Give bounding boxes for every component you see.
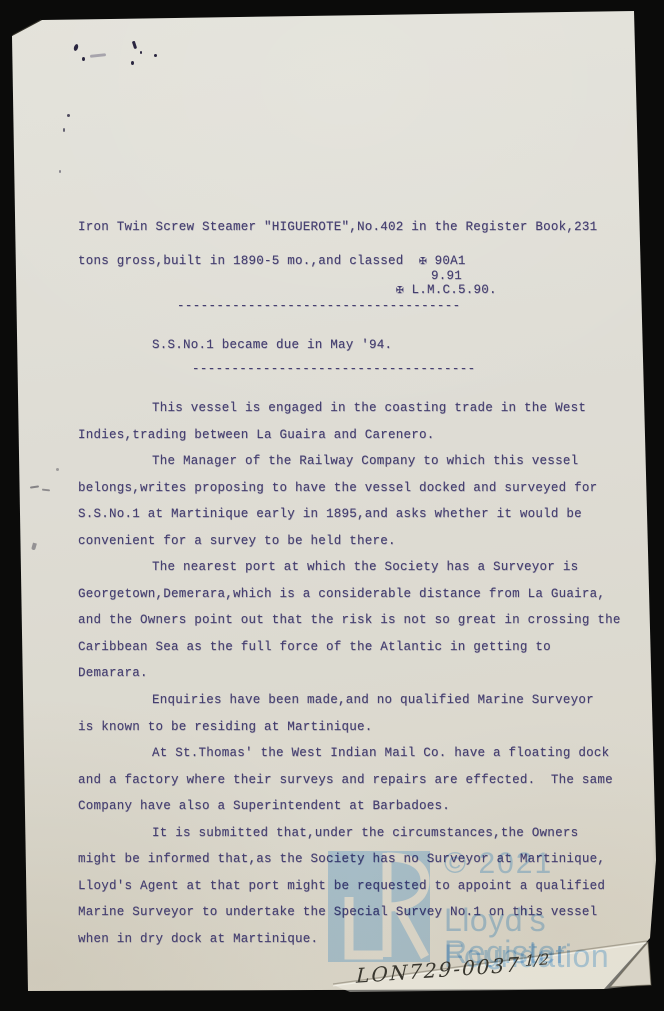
typed-line: The Manager of the Railway Company to wh… <box>78 448 621 475</box>
typed-heading-line-2: tons gross,built in 1890-5 mo.,and class… <box>78 255 466 268</box>
ink-speck <box>63 128 65 132</box>
typed-line: Enquiries have been made,and no qualifie… <box>78 687 621 714</box>
copyright-watermark: © 2021 <box>444 849 553 879</box>
typed-line: At St.Thomas' the West Indian Mail Co. h… <box>78 740 621 767</box>
typed-line: and a factory where their surveys and re… <box>78 767 621 794</box>
ink-speck <box>59 170 61 173</box>
typed-line: is known to be residing at Martinique. <box>78 714 621 741</box>
typed-line: and the Owners point out that the risk i… <box>78 607 621 634</box>
scanner-background: Iron Twin Screw Steamer "HIGUEROTE",No.4… <box>0 0 664 1011</box>
typed-line: It is submitted that,under the circumsta… <box>78 820 621 847</box>
typed-line: Demarara. <box>78 660 621 687</box>
typed-line: The nearest port at which the Society ha… <box>78 554 621 581</box>
typed-line: Company have also a Superintendent at Ba… <box>78 793 621 820</box>
divider-dashes-1: ------------------------------------ <box>177 300 461 313</box>
classification-lmc-mark: ✠ L.M.C.5.90. <box>396 284 497 297</box>
survey-due-note: S.S.No.1 became due in May '94. <box>152 339 392 352</box>
archive-reference-fraction: 1/2 <box>525 950 550 970</box>
ink-speck <box>154 54 157 57</box>
ink-speck <box>82 57 85 61</box>
typed-line: Georgetown,Demerara,which is a considera… <box>78 581 621 608</box>
ink-speck <box>140 51 142 54</box>
typed-line: belongs,writes proposing to have the ves… <box>78 475 621 502</box>
typed-heading-line-1: Iron Twin Screw Steamer "HIGUEROTE",No.4… <box>78 221 597 234</box>
pencil-margin-mark <box>56 468 59 471</box>
typed-line: This vessel is engaged in the coasting t… <box>78 395 621 422</box>
typed-line: Indies,trading between La Guaira and Car… <box>78 422 621 449</box>
ink-speck <box>67 114 70 117</box>
typed-line: Caribbean Sea as the full force of the A… <box>78 634 621 661</box>
lr-logo-icon <box>328 851 430 962</box>
typed-line: convenient for a survey to be held there… <box>78 528 621 555</box>
typed-line: S.S.No.1 at Martinique early in 1895,and… <box>78 501 621 528</box>
classification-date: 9.91 <box>431 270 462 283</box>
ink-speck <box>131 61 134 65</box>
divider-dashes-2: ------------------------------------ <box>192 363 476 376</box>
